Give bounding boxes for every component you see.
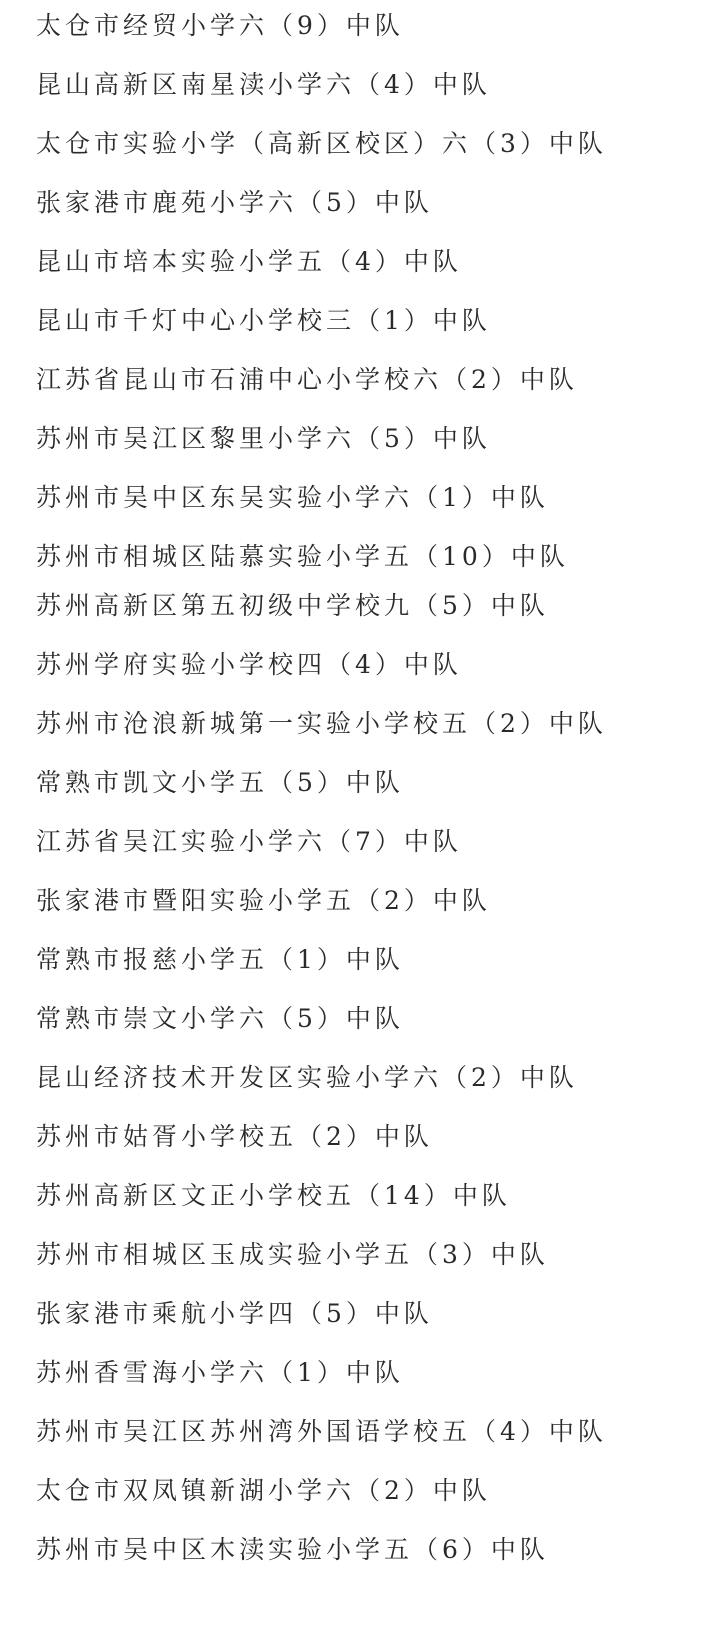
list-item: 苏州市吴江区苏州湾外国语学校五（4）中队 bbox=[36, 1415, 607, 1449]
list-item: 苏州市吴中区东吴实验小学六（1）中队 bbox=[36, 481, 549, 515]
list-item: 苏州市吴中区木渎实验小学五（6）中队 bbox=[36, 1533, 549, 1567]
list-item: 江苏省吴江实验小学六（7）中队 bbox=[36, 825, 462, 859]
list-item: 昆山市千灯中心小学校三（1）中队 bbox=[36, 304, 491, 338]
list-item: 苏州市沧浪新城第一实验小学校五（2）中队 bbox=[36, 707, 607, 741]
list-item: 江苏省昆山市石浦中心小学校六（2）中队 bbox=[36, 363, 578, 397]
list-item: 张家港市乘航小学四（5）中队 bbox=[36, 1297, 433, 1331]
list-item: 太仓市经贸小学六（9）中队 bbox=[36, 9, 404, 43]
list-item: 张家港市鹿苑小学六（5）中队 bbox=[36, 186, 433, 220]
list-item: 常熟市凯文小学五（5）中队 bbox=[36, 766, 404, 800]
list-item: 苏州市吴江区黎里小学六（5）中队 bbox=[36, 422, 491, 456]
list-item: 昆山高新区南星渎小学六（4）中队 bbox=[36, 68, 491, 102]
list-item: 苏州高新区第五初级中学校九（5）中队 bbox=[36, 589, 549, 623]
list-item: 苏州香雪海小学六（1）中队 bbox=[36, 1356, 404, 1390]
list-item: 常熟市报慈小学五（1）中队 bbox=[36, 943, 404, 977]
list-item: 太仓市实验小学（高新区校区）六（3）中队 bbox=[36, 127, 607, 161]
list-item: 苏州高新区文正小学校五（14）中队 bbox=[36, 1179, 511, 1213]
list-item: 张家港市暨阳实验小学五（2）中队 bbox=[36, 884, 491, 918]
list-item: 太仓市双凤镇新湖小学六（2）中队 bbox=[36, 1474, 491, 1508]
list-item: 常熟市崇文小学六（5）中队 bbox=[36, 1002, 404, 1036]
list-item: 苏州市相城区玉成实验小学五（3）中队 bbox=[36, 1238, 549, 1272]
list-item: 昆山市培本实验小学五（4）中队 bbox=[36, 245, 462, 279]
list-item: 苏州市相城区陆慕实验小学五（10）中队 bbox=[36, 540, 569, 574]
list-item: 苏州市姑胥小学校五（2）中队 bbox=[36, 1120, 433, 1154]
document-page: 太仓市经贸小学六（9）中队 昆山高新区南星渎小学六（4）中队 太仓市实验小学（高… bbox=[0, 0, 704, 1643]
list-item: 苏州学府实验小学校四（4）中队 bbox=[36, 648, 462, 682]
list-item: 昆山经济技术开发区实验小学六（2）中队 bbox=[36, 1061, 578, 1095]
